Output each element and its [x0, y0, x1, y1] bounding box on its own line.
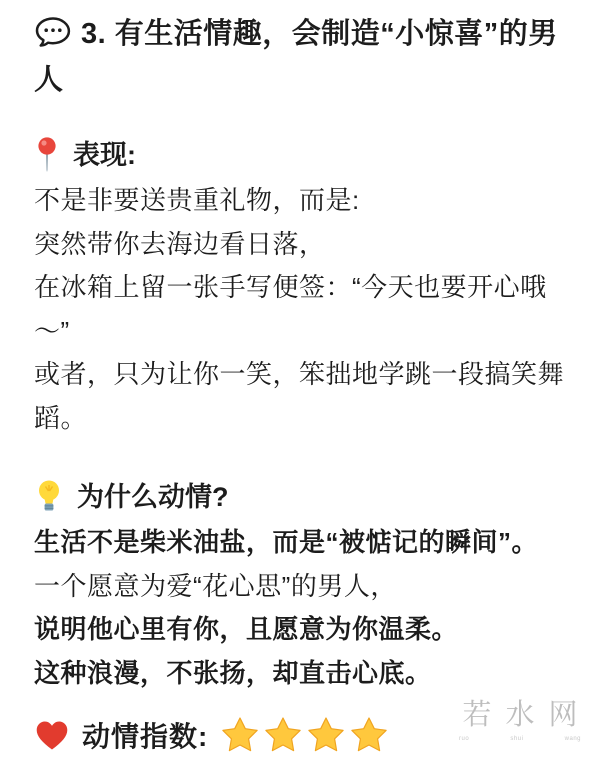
star-icon: [306, 715, 346, 755]
text-line: 在冰箱上留一张手写便签：“今天也要开心哦: [34, 266, 566, 310]
watermark-subtext-word: wang: [565, 736, 581, 742]
section: 为什么动情?生活不是柴米油盐，而是“被惦记的瞬间”。一个愿意为爱“花心思”的男人…: [34, 476, 566, 695]
text-line: 不是非要送贵重礼物，而是:: [34, 179, 566, 223]
page-title-text-wrap: 人: [34, 64, 64, 96]
watermark-subtext-word: ruo: [459, 736, 469, 742]
text-line: 生活不是柴米油盐，而是“被惦记的瞬间”。: [34, 521, 566, 565]
text-line: 突然带你去海边看日落，: [34, 223, 566, 267]
text-line: 这种浪漫，不张扬，却直击心底。: [34, 652, 566, 696]
page-title: 3. 有生活情趣，会制造“小惊喜”的男 人: [34, 14, 566, 100]
lightbulb-icon: [34, 478, 64, 516]
section-body: 不是非要送贵重礼物，而是:突然带你去海边看日落，在冰箱上留一张手写便签：“今天也…: [34, 179, 566, 440]
section: 表现:不是非要送贵重礼物，而是:突然带你去海边看日落，在冰箱上留一张手写便签：“…: [34, 134, 566, 440]
section-heading: 为什么动情?: [34, 476, 566, 518]
watermark: 若水网 ruoshuiwang: [454, 692, 586, 742]
section-body: 生活不是柴米油盐，而是“被惦记的瞬间”。一个愿意为爱“花心思”的男人，说明他心里…: [34, 521, 566, 695]
section-heading-text: 为什么动情?: [77, 476, 229, 518]
section-heading: 表现:: [34, 134, 566, 176]
text-line: 或者，只为让你一笑，笨拙地学跳一段搞笑舞: [34, 353, 566, 397]
text-line: 蹈。: [34, 397, 566, 441]
rating-label: 动情指数:: [82, 715, 208, 755]
text-line: ～”: [34, 310, 566, 354]
text-line: 说明他心里有你，且愿意为你温柔。: [34, 608, 566, 652]
round-pushpin-icon: [34, 136, 60, 174]
watermark-subtext-word: shui: [510, 736, 523, 742]
star-icon: [263, 715, 303, 755]
content: 表现:不是非要送贵重礼物，而是:突然带你去海边看日落，在冰箱上留一张手写便签：“…: [34, 134, 566, 695]
article-page: 3. 有生活情趣，会制造“小惊喜”的男 人 表现:不是非要送贵重礼物，而是:突然…: [0, 0, 600, 758]
page-title-line-1: 3. 有生活情趣，会制造“小惊喜”的男: [34, 14, 566, 61]
watermark-subtext: ruoshuiwang: [454, 736, 586, 742]
page-title-text: 3. 有生活情趣，会制造“小惊喜”的男: [81, 18, 558, 50]
star-rating: [220, 715, 389, 755]
speech-bubble-icon: [34, 14, 72, 61]
section-heading-text: 表现:: [73, 134, 136, 176]
watermark-text: 若水网: [454, 692, 600, 733]
heart-icon: [34, 719, 70, 752]
star-icon: [220, 715, 260, 755]
page-title-line-2: 人: [34, 61, 566, 100]
text-line: 一个愿意为爱“花心思”的男人，: [34, 565, 566, 609]
star-icon: [349, 715, 389, 755]
